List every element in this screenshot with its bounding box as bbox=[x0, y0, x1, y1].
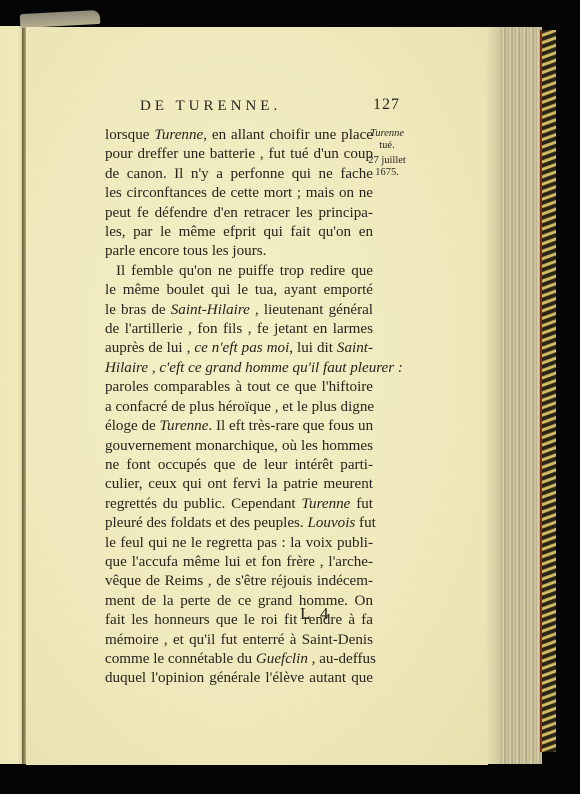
text-line: de l'artillerie , fon fils , fe jetant e… bbox=[105, 320, 373, 339]
text-line: que l'accufa même lui et fon frère , l'a… bbox=[105, 553, 373, 572]
text-line: gouvernement monarchique, où les hommes bbox=[105, 437, 373, 456]
text-line: paroles comparables à tout ce que l'hift… bbox=[105, 378, 373, 397]
page-number: 127 bbox=[373, 96, 400, 114]
running-head: DE TURENNE. 127 bbox=[140, 98, 400, 115]
text-line: ment de la perte de ce grand homme. On bbox=[105, 592, 373, 611]
running-head-title: DE TURENNE. bbox=[140, 98, 281, 114]
text-line: pour dreffer une batterie , fut tué d'un… bbox=[105, 145, 373, 164]
text-line: lorsque Turenne, en allant choifir une p… bbox=[105, 126, 373, 145]
body-text: lorsque Turenne, en allant choifir une p… bbox=[105, 126, 373, 689]
text-line: le même boulet qui le tua, ayant emporté bbox=[105, 281, 373, 300]
paragraph: lorsque Turenne, en allant choifir une p… bbox=[105, 126, 373, 262]
text-line: éloge de Turenne. Il eft très-rare que f… bbox=[105, 417, 373, 436]
page-edge-shadow bbox=[486, 27, 500, 764]
text-line: les circonftances de cette mort ; mais o… bbox=[105, 184, 373, 203]
text-line: vêque de Reims , de s'être réjouis indéc… bbox=[105, 572, 373, 591]
text-line: les, par le même efprit qui fait qu'on e… bbox=[105, 223, 373, 242]
text-line: pleuré des foldats et des peuples. Louvo… bbox=[105, 514, 373, 533]
text-line: culier, ceux qui ont fervi la patrie meu… bbox=[105, 475, 373, 494]
text-line: regrettés du public. Cependant Turenne f… bbox=[105, 495, 373, 514]
text-line: parle encore tous les jours. bbox=[105, 242, 373, 261]
text-line: ne font occupés que de leur intérêt part… bbox=[105, 456, 373, 475]
text-line: fait les honneurs que le roi fit rendre … bbox=[105, 611, 373, 630]
signature-mark: L 4 bbox=[300, 604, 332, 624]
bookmark-ribbon bbox=[20, 10, 101, 28]
left-page-edge bbox=[0, 26, 24, 764]
text-line: a confacré de plus héroïque , et le plus… bbox=[105, 398, 373, 417]
text-line: comme le connétable du Guefclin , au-def… bbox=[105, 650, 373, 669]
text-line: mémoire , et qu'il fut enterré à Saint-D… bbox=[105, 631, 373, 650]
book-binding-spine bbox=[540, 30, 556, 752]
text-line: le bras de Saint-Hilaire , lieutenant gé… bbox=[105, 301, 373, 320]
text-line: duquel l'opinion générale l'élève autant… bbox=[105, 669, 373, 688]
text-line: auprès de lui , ce n'eft pas moi, lui di… bbox=[105, 339, 373, 358]
text-line: de canon. Il n'y a perfonne qui ne fache bbox=[105, 165, 373, 184]
text-line: Hilaire , c'eft ce grand homme qu'il fau… bbox=[105, 359, 373, 378]
text-line: le feul qui ne le regretta pas : la voix… bbox=[105, 534, 373, 553]
text-line: peut fe défendre d'en retracer les princ… bbox=[105, 204, 373, 223]
text-line: Il femble qu'on ne puiffe trop redire qu… bbox=[105, 262, 373, 281]
paragraph: Il femble qu'on ne puiffe trop redire qu… bbox=[105, 262, 373, 689]
